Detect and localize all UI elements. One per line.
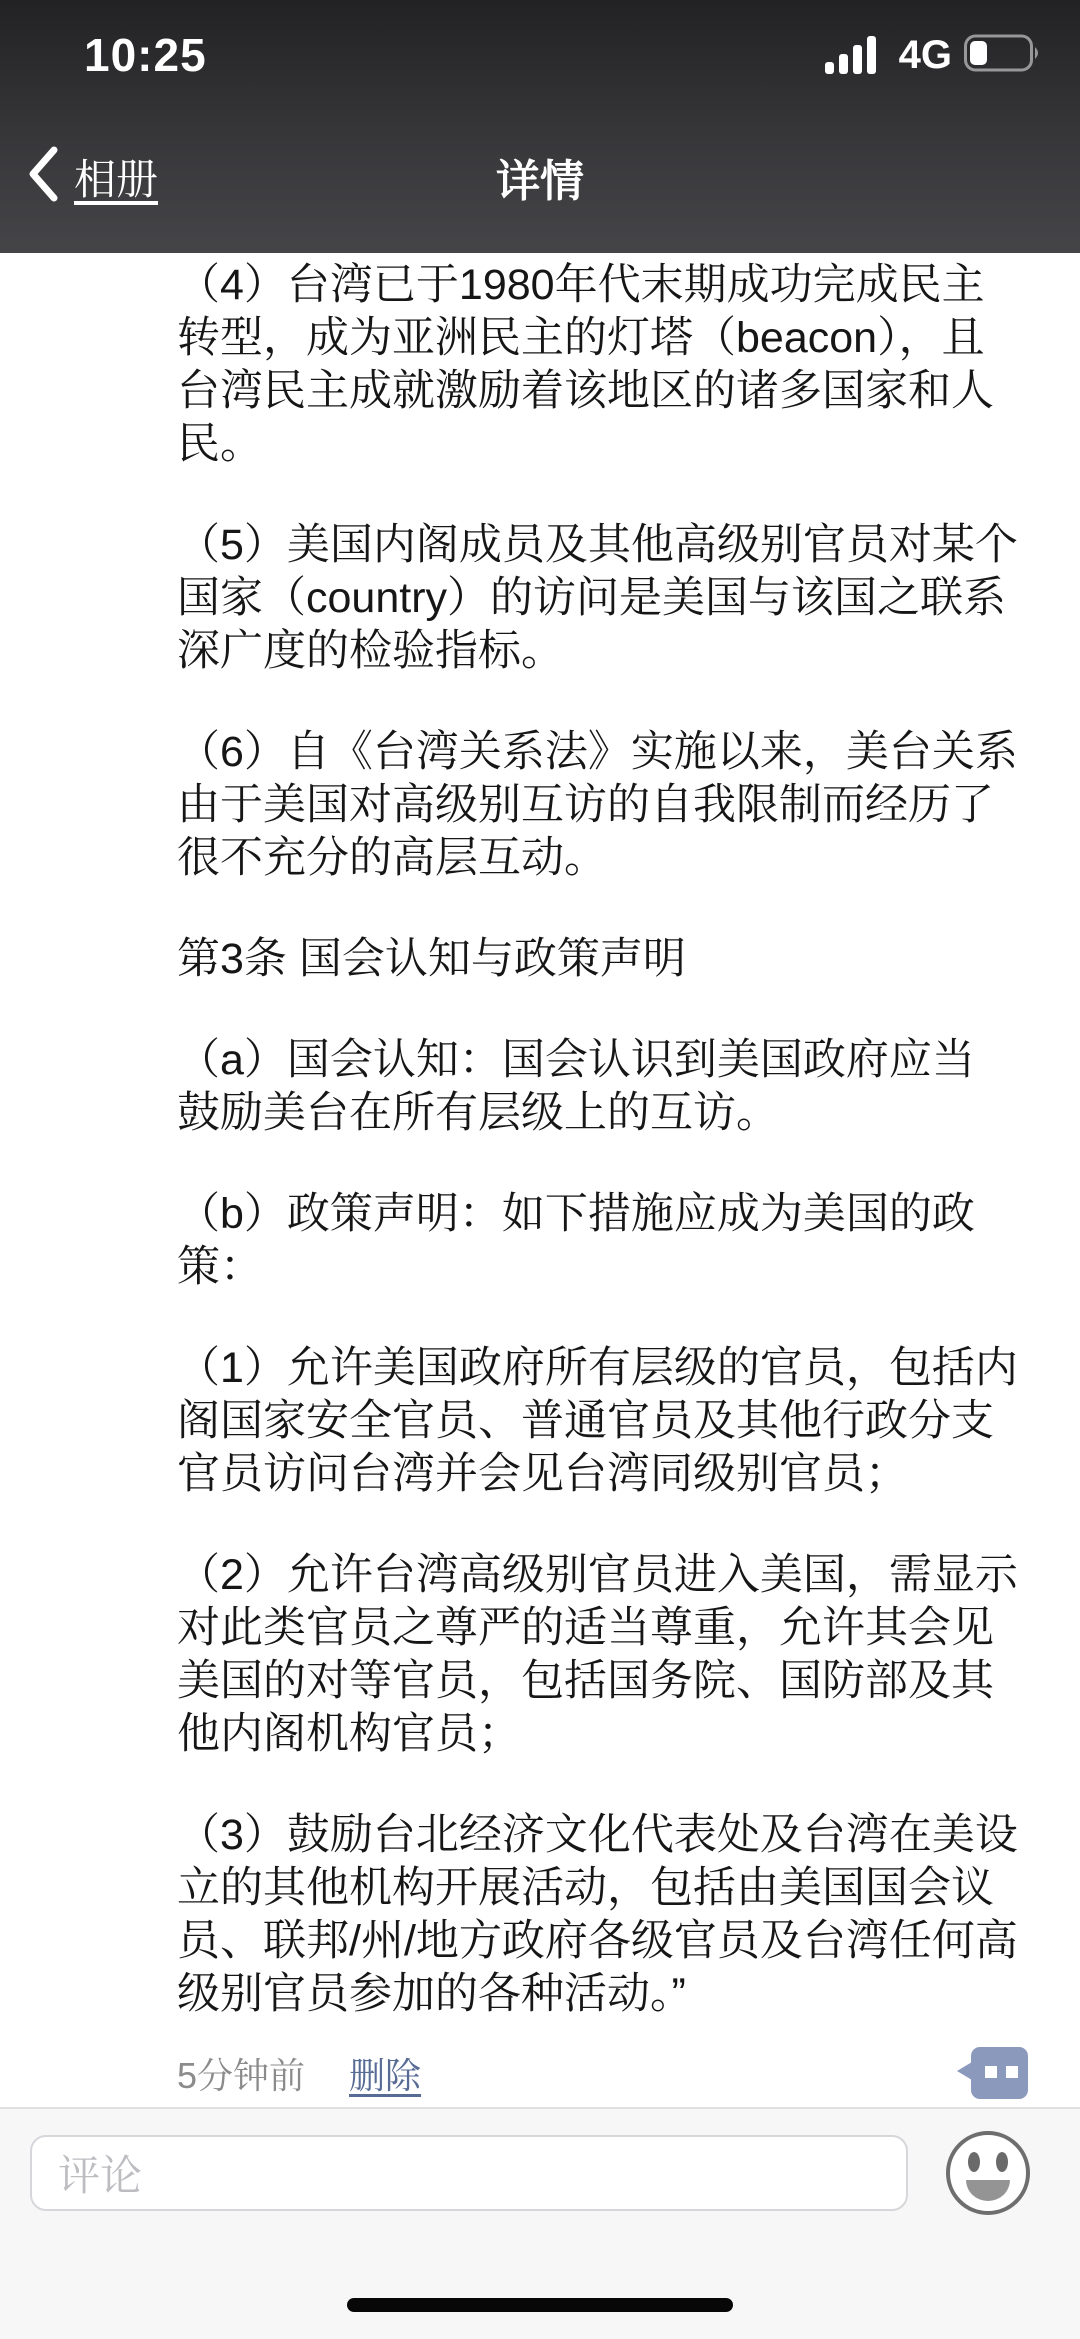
page-title: 详情 xyxy=(0,100,1080,253)
post-paragraph: （4）台湾已于1980年代末期成功完成民主 转型，成为亚洲民主的灯塔（beaco… xyxy=(177,259,1024,471)
delete-link[interactable]: 删除 xyxy=(349,2048,421,2099)
signal-bars-icon xyxy=(825,32,887,79)
smiley-icon[interactable] xyxy=(944,2129,1032,2217)
post-content[interactable]: （4）台湾已于1980年代末期成功完成民主 转型，成为亚洲民主的灯塔（beaco… xyxy=(0,253,1080,2107)
post-paragraph: （2）允许台湾高级别官员进入美国，需显示 对此类官员之尊严的适当尊重，允许其会见… xyxy=(177,1549,1024,1761)
post-paragraph: （b）政策声明：如下措施应成为美国的政 策： xyxy=(177,1188,1024,1294)
status-icons: 4G xyxy=(825,32,1042,79)
post-paragraph: （6）自《台湾关系法》实施以来，美台关系 由于美国对高级别互访的自我限制而经历了… xyxy=(177,726,1024,885)
timestamp-label: 5分钟前 xyxy=(177,2048,305,2099)
home-indicator[interactable] xyxy=(347,2298,733,2312)
comment-input[interactable]: 评论 xyxy=(30,2135,908,2211)
status-time: 10:25 xyxy=(84,28,207,82)
post-paragraph: 第3条 国会认知与政策声明 xyxy=(177,933,1024,986)
comment-bubble-icon[interactable] xyxy=(956,2044,1030,2102)
battery-icon xyxy=(964,33,1042,78)
post-paragraph: （5）美国内阁成员及其他高级别官员对某个 国家（country）的访问是美国与该… xyxy=(177,519,1024,678)
post-paragraph: （1）允许美国政府所有层级的官员，包括内 阁国家安全官员、普通官员及其他行政分支… xyxy=(177,1342,1024,1501)
network-type-label: 4G xyxy=(899,33,952,78)
header: 10:25 4G xyxy=(0,0,1080,253)
status-bar: 10:25 4G xyxy=(0,0,1080,100)
comment-input-placeholder: 评论 xyxy=(58,2143,142,2203)
comment-bar: 评论 xyxy=(0,2107,1080,2339)
post-paragraph: （3）鼓励台北经济文化代表处及台湾在美设 立的其他机构开展活动，包括由美国国会议… xyxy=(177,1809,1024,2021)
moments-detail-screen: 10:25 4G xyxy=(0,0,1080,2339)
post-text: （4）台湾已于1980年代末期成功完成民主 转型，成为亚洲民主的灯塔（beaco… xyxy=(177,259,1024,2021)
post-meta-row: 5分钟前 删除 xyxy=(177,2045,1024,2101)
nav-bar: 相册 详情 xyxy=(0,100,1080,253)
post-paragraph: （a）国会认知：国会认识到美国政府应当 鼓励美台在所有层级上的互访。 xyxy=(177,1034,1024,1140)
